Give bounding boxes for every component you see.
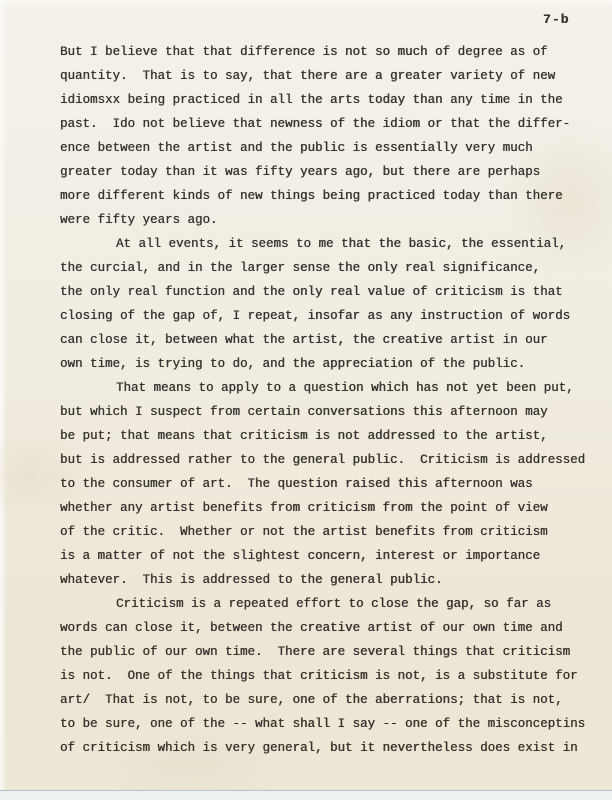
text-line: At all events, it seems to me that the b… (60, 232, 600, 256)
text-line: whatever. This is addressed to the gener… (60, 568, 600, 592)
paragraph: That means to apply to a question which … (60, 376, 600, 592)
text-line: were fifty years ago. (60, 208, 600, 232)
text-line: ence between the artist and the public i… (60, 136, 600, 160)
text-line: but which I suspect from certain convers… (60, 400, 600, 424)
text-line: to be sure, one of the -- what shall I s… (60, 712, 600, 736)
text-line: art/ That is not, to be sure, one of the… (60, 688, 600, 712)
scanned-typescript-page: 7-b But I believe that that difference i… (0, 0, 612, 800)
text-line: be put; that means that criticism is not… (60, 424, 600, 448)
text-line: of criticism which is very general, but … (60, 736, 600, 760)
text-line: of the critic. Whether or not the artist… (60, 520, 600, 544)
text-line: whether any artist benefits from critici… (60, 496, 600, 520)
text-line: But I believe that that difference is no… (60, 40, 600, 64)
text-line: own time, is trying to do, and the appre… (60, 352, 600, 376)
text-line: idiomsxx being practiced in all the arts… (60, 88, 600, 112)
paragraph: At all events, it seems to me that the b… (60, 232, 600, 376)
text-line: closing of the gap of, I repeat, insofar… (60, 304, 600, 328)
text-line: is a matter of not the slightest concern… (60, 544, 600, 568)
text-line: but is addressed rather to the general p… (60, 448, 600, 472)
page-number: 7-b (543, 12, 569, 27)
scan-edge-left (0, 0, 7, 800)
paragraph: Criticism is a repeated effort to close … (60, 592, 600, 760)
text-line: more different kinds of new things being… (60, 184, 600, 208)
text-line: is not. One of the things that criticism… (60, 664, 600, 688)
text-line: Criticism is a repeated effort to close … (60, 592, 600, 616)
text-line: can close it, between what the artist, t… (60, 328, 600, 352)
scan-edge-bottom (0, 790, 612, 800)
text-line: quantity. That is to say, that there are… (60, 64, 600, 88)
text-line: greater today than it was fifty years ag… (60, 160, 600, 184)
text-line: the public of our own time. There are se… (60, 640, 600, 664)
text-line: That means to apply to a question which … (60, 376, 600, 400)
document-body: But I believe that that difference is no… (60, 40, 600, 760)
paragraph: But I believe that that difference is no… (60, 40, 600, 232)
text-line: the curcial, and in the larger sense the… (60, 256, 600, 280)
text-line: words can close it, between the creative… (60, 616, 600, 640)
scan-edge-top (0, 0, 612, 8)
text-line: past. Ido not believe that newness of th… (60, 112, 600, 136)
text-line: to the consumer of art. The question rai… (60, 472, 600, 496)
text-line: the only real function and the only real… (60, 280, 600, 304)
